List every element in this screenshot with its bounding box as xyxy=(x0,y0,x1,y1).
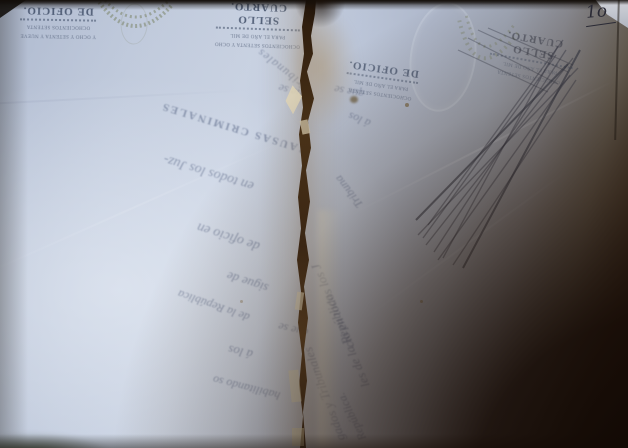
photographed-document: Y OCHO Y SETENTA Y NUEVE OCHOCIENTOS SET… xyxy=(0,0,628,448)
folio-number-handwritten: 1o xyxy=(585,3,607,22)
shadow-vignette xyxy=(0,0,628,448)
page-edge-shadow xyxy=(0,432,114,448)
tear-top-notch xyxy=(294,0,346,28)
